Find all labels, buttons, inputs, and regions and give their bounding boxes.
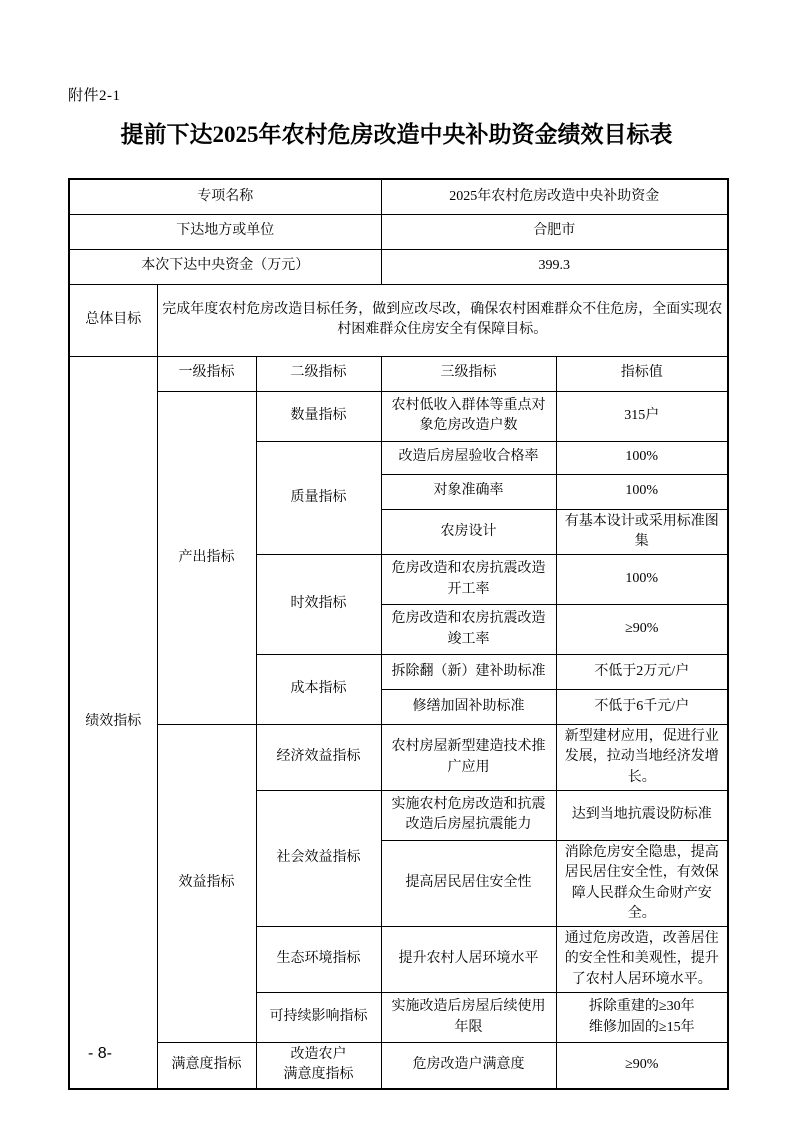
perf-level2-cell: 经济效益指标 xyxy=(256,725,381,791)
perf-level1-cell: 效益指标 xyxy=(157,725,256,1043)
perf-level2-cell: 生态环境指标 xyxy=(256,927,381,993)
info-value-cell: 399.3 xyxy=(381,249,728,284)
goal-text-cell: 完成年度农村危房改造目标任务，做到应改尽改，确保农村困难群众不住危房，全面实现农… xyxy=(157,284,728,356)
perf-level1-cell: 满意度指标 xyxy=(157,1043,256,1089)
goal-label-cell: 总体目标 xyxy=(69,284,157,356)
perf-level1-cell: 产出指标 xyxy=(157,391,256,725)
perf-level2-cell: 可持续影响指标 xyxy=(256,993,381,1043)
info-value-cell: 2025年农村危房改造中央补助资金 xyxy=(381,179,728,214)
table-row: 效益指标 经济效益指标 农村房屋新型建造技术推广应用 新型建材应用，促进行业发展… xyxy=(69,725,728,791)
perf-value-cell: 拆除重建的≥30年 维修加固的≥15年 xyxy=(556,993,728,1043)
perf-value-cell: 100% xyxy=(556,474,728,509)
table-row: 绩效指标 一级指标 二级指标 三级指标 指标值 xyxy=(69,356,728,391)
table-row: 总体目标 完成年度农村危房改造目标任务，做到应改尽改，确保农村困难群众不住危房，… xyxy=(69,284,728,356)
perf-level3-cell: 改造后房屋验收合格率 xyxy=(381,441,556,474)
perf-value-cell: 达到当地抗震设防标准 xyxy=(556,790,728,840)
perf-level3-cell: 对象准确率 xyxy=(381,474,556,509)
perf-level3-cell: 修缮加固补助标准 xyxy=(381,690,556,725)
perf-level3-cell: 提高居民居住安全性 xyxy=(381,840,556,926)
perf-value-cell: 有基本设计或采用标准图集 xyxy=(556,509,728,555)
perf-level3-cell: 实施农村危房改造和抗震改造后房屋抗震能力 xyxy=(381,790,556,840)
perf-level3-cell: 农村房屋新型建造技术推广应用 xyxy=(381,725,556,791)
header-cell-level2: 二级指标 xyxy=(256,356,381,391)
perf-level3-cell: 危房改造户满意度 xyxy=(381,1043,556,1089)
perf-value-cell: 100% xyxy=(556,441,728,474)
perf-side-label-cell: 绩效指标 xyxy=(69,356,157,1089)
perf-level2-cell: 数量指标 xyxy=(256,391,381,441)
perf-level2-cell: 成本指标 xyxy=(256,655,381,725)
perf-level2-cell: 质量指标 xyxy=(256,441,381,555)
perf-level3-cell: 拆除翻（新）建补助标准 xyxy=(381,655,556,690)
info-value-cell: 合肥市 xyxy=(381,214,728,249)
page-number: - 8- xyxy=(88,1045,112,1063)
perf-level3-cell: 农村低收入群体等重点对象危房改造户数 xyxy=(381,391,556,441)
perf-level2-cell: 社会效益指标 xyxy=(256,790,381,926)
perf-value-cell: ≥90% xyxy=(556,1043,728,1089)
perf-level3-cell: 危房改造和农房抗震改造竣工率 xyxy=(381,605,556,655)
perf-value-cell: 不低于6千元/户 xyxy=(556,690,728,725)
info-label-cell: 专项名称 xyxy=(69,179,381,214)
attachment-label: 附件2-1 xyxy=(68,84,121,105)
perf-value-cell: 新型建材应用，促进行业发展，拉动当地经济发增长。 xyxy=(556,725,728,791)
performance-target-table: 专项名称 2025年农村危房改造中央补助资金 下达地方或单位 合肥市 本次下达中… xyxy=(68,178,729,1090)
header-cell-level1: 一级指标 xyxy=(157,356,256,391)
perf-level3-cell: 危房改造和农房抗震改造开工率 xyxy=(381,555,556,605)
table-row: 满意度指标 改造农户 满意度指标 危房改造户满意度 ≥90% xyxy=(69,1043,728,1089)
perf-value-cell: ≥90% xyxy=(556,605,728,655)
perf-value-cell: 100% xyxy=(556,555,728,605)
info-label-cell: 下达地方或单位 xyxy=(69,214,381,249)
perf-level3-cell: 提升农村人居环境水平 xyxy=(381,927,556,993)
page-title: 提前下达2025年农村危房改造中央补助资金绩效目标表 xyxy=(0,116,793,149)
perf-level3-cell: 实施改造后房屋后续使用年限 xyxy=(381,993,556,1043)
perf-level2-cell: 时效指标 xyxy=(256,555,381,655)
document-page: 附件2-1 提前下达2025年农村危房改造中央补助资金绩效目标表 专项名称 20… xyxy=(0,0,793,1122)
table-row: 产出指标 数量指标 农村低收入群体等重点对象危房改造户数 315户 xyxy=(69,391,728,441)
perf-level3-cell: 农房设计 xyxy=(381,509,556,555)
header-cell-value: 指标值 xyxy=(556,356,728,391)
perf-value-cell: 消除危房安全隐患，提高居民居住安全性，有效保障人民群众生命财产安全。 xyxy=(556,840,728,926)
table-row: 下达地方或单位 合肥市 xyxy=(69,214,728,249)
perf-value-cell: 不低于2万元/户 xyxy=(556,655,728,690)
perf-value-cell: 通过危房改造，改善居住的安全性和美观性，提升了农村人居环境水平。 xyxy=(556,927,728,993)
info-label-cell: 本次下达中央资金（万元） xyxy=(69,249,381,284)
perf-value-cell: 315户 xyxy=(556,391,728,441)
table-row: 专项名称 2025年农村危房改造中央补助资金 xyxy=(69,179,728,214)
header-cell-level3: 三级指标 xyxy=(381,356,556,391)
table-row: 本次下达中央资金（万元） 399.3 xyxy=(69,249,728,284)
perf-level2-cell: 改造农户 满意度指标 xyxy=(256,1043,381,1089)
